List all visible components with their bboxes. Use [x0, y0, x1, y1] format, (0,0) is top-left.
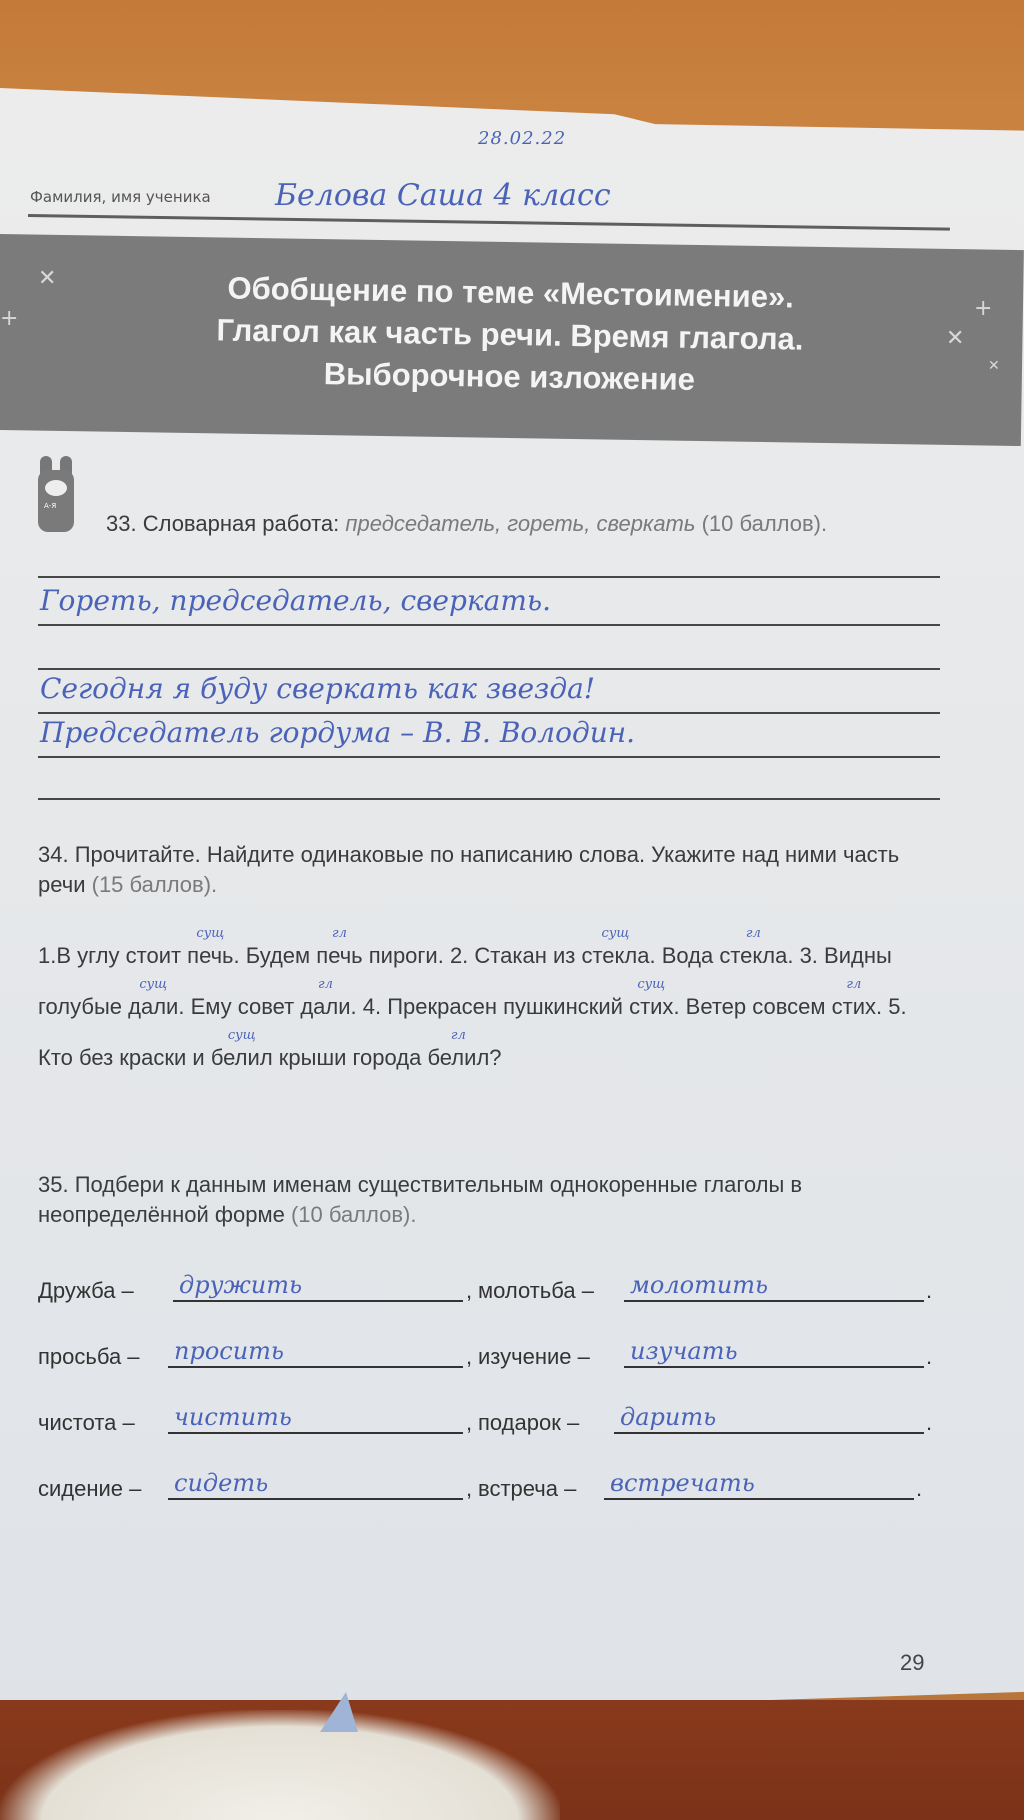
separator: ,	[466, 1410, 472, 1436]
annotated-word: белилсущ	[211, 1032, 273, 1083]
annotated-word: далисущ	[128, 981, 178, 1032]
cross-decoration-icon: ✕	[988, 358, 1000, 374]
task-35-heading: 35. Подбери к данным именам существитель…	[38, 1170, 918, 1230]
task-33-points: (10 баллов).	[702, 511, 828, 536]
plus-decoration-icon: +	[974, 296, 992, 321]
answer-line	[38, 624, 940, 626]
part-of-speech-annotation: гл	[318, 959, 333, 1010]
task-35-points: (10 баллов).	[291, 1202, 417, 1227]
word-pair-row: сидение – сидеть , встреча – встречать .	[38, 1466, 938, 1532]
noun-label: молотьба –	[478, 1278, 594, 1304]
verb-answer-field[interactable]: изучать	[624, 1336, 924, 1368]
verb-answer: изучать	[630, 1337, 738, 1365]
verb-answer: дарить	[620, 1403, 716, 1431]
answer-33-line-1: Гореть, председатель, сверкать.	[40, 584, 551, 617]
noun-label: сидение –	[38, 1476, 141, 1502]
word-pair-row: чистота – чистить , подарок – дарить .	[38, 1400, 938, 1466]
cross-decoration-icon: ✕	[946, 326, 964, 351]
verb-answer-field[interactable]: дружить	[173, 1270, 463, 1302]
annotated-word: белилгл	[427, 1032, 489, 1083]
student-name-value: Белова Саша 4 класс	[275, 178, 611, 213]
noun-label: чистота –	[38, 1410, 135, 1436]
foreground-object	[0, 1710, 560, 1820]
verb-answer: сидеть	[174, 1469, 268, 1497]
cross-decoration-icon: ✕	[38, 266, 56, 291]
answer-line	[38, 756, 940, 758]
verb-answer-field[interactable]: дарить	[614, 1402, 924, 1434]
part-of-speech-annotation: гл	[332, 908, 347, 959]
part-of-speech-annotation: сущ	[637, 959, 665, 1010]
task-33-heading: 33. Словарная работа: председатель, горе…	[106, 511, 827, 537]
annotated-word: стеклагл	[719, 930, 787, 981]
verb-answer: встречать	[610, 1469, 755, 1497]
noun-label: изучение –	[478, 1344, 590, 1370]
verb-answer: дружить	[179, 1271, 302, 1299]
page-number: 29	[900, 1650, 924, 1676]
part-of-speech-annotation: сущ	[228, 1010, 256, 1061]
noun-label: подарок –	[478, 1410, 579, 1436]
task-34-heading: 34. Прочитайте. Найдите одинаковые по на…	[38, 840, 918, 900]
foreground-object-tip	[320, 1692, 358, 1732]
verb-answer-field[interactable]: встречать	[604, 1468, 914, 1500]
verb-answer: просить	[174, 1337, 284, 1365]
separator: .	[916, 1476, 922, 1502]
answer-line	[38, 668, 940, 670]
separator: ,	[466, 1344, 472, 1370]
part-of-speech-annotation: сущ	[196, 908, 224, 959]
mascot-tag: А-Я	[44, 502, 56, 510]
task-33-number: 33.	[106, 511, 137, 536]
noun-label: просьба –	[38, 1344, 140, 1370]
verb-answer: чистить	[174, 1403, 292, 1431]
task-35-answers: Дружба – дружить , молотьба – молотить .…	[38, 1268, 938, 1532]
annotated-word: стихгл	[832, 981, 876, 1032]
task-33-title: Словарная работа:	[143, 511, 340, 536]
annotated-word: печьсущ	[187, 930, 233, 981]
plus-decoration-icon: +	[0, 306, 18, 331]
verb-answer: молотить	[630, 1271, 768, 1299]
mascot-face	[45, 480, 67, 496]
answer-line	[38, 712, 940, 714]
noun-label: Дружба –	[38, 1278, 134, 1304]
part-of-speech-annotation: сущ	[139, 959, 167, 1010]
student-name-label: Фамилия, имя ученика	[30, 188, 211, 206]
part-of-speech-annotation: сущ	[602, 908, 630, 959]
separator: ,	[466, 1278, 472, 1304]
answer-line	[38, 798, 940, 800]
task-35-title: 35. Подбери к данным именам существитель…	[38, 1172, 802, 1227]
task-34-text: 1.В углу стоит печьсущ. Будем печьгл пир…	[38, 930, 938, 1083]
answer-line	[38, 576, 940, 578]
verb-answer-field[interactable]: сидеть	[168, 1468, 463, 1500]
mascot-icon: А-Я	[36, 456, 76, 536]
verb-answer-field[interactable]: молотить	[624, 1270, 924, 1302]
annotated-word: стихсущ	[629, 981, 673, 1032]
task-34-points: (15 баллов).	[92, 872, 218, 897]
word-pair-row: просьба – просить , изучение – изучать .	[38, 1334, 938, 1400]
part-of-speech-annotation: гл	[451, 1010, 466, 1061]
separator: ,	[466, 1476, 472, 1502]
separator: .	[926, 1410, 932, 1436]
task-33-words: председатель, гореть, сверкать	[345, 511, 695, 536]
annotated-word: далигл	[300, 981, 350, 1032]
part-of-speech-annotation: гл	[746, 908, 761, 959]
word-pair-row: Дружба – дружить , молотьба – молотить .	[38, 1268, 938, 1334]
handwritten-date: 28.02.22	[478, 128, 566, 149]
answer-33-line-2: Сегодня я буду сверкать как звезда!	[40, 672, 595, 705]
lesson-title: Обобщение по теме «Местоимение». Глагол …	[149, 266, 871, 403]
verb-answer-field[interactable]: просить	[168, 1336, 463, 1368]
separator: .	[926, 1278, 932, 1304]
separator: .	[926, 1344, 932, 1370]
answer-33-line-3: Председатель гордума – В. В. Володин.	[40, 716, 635, 749]
noun-label: встреча –	[478, 1476, 576, 1502]
verb-answer-field[interactable]: чистить	[168, 1402, 463, 1434]
part-of-speech-annotation: гл	[846, 959, 861, 1010]
